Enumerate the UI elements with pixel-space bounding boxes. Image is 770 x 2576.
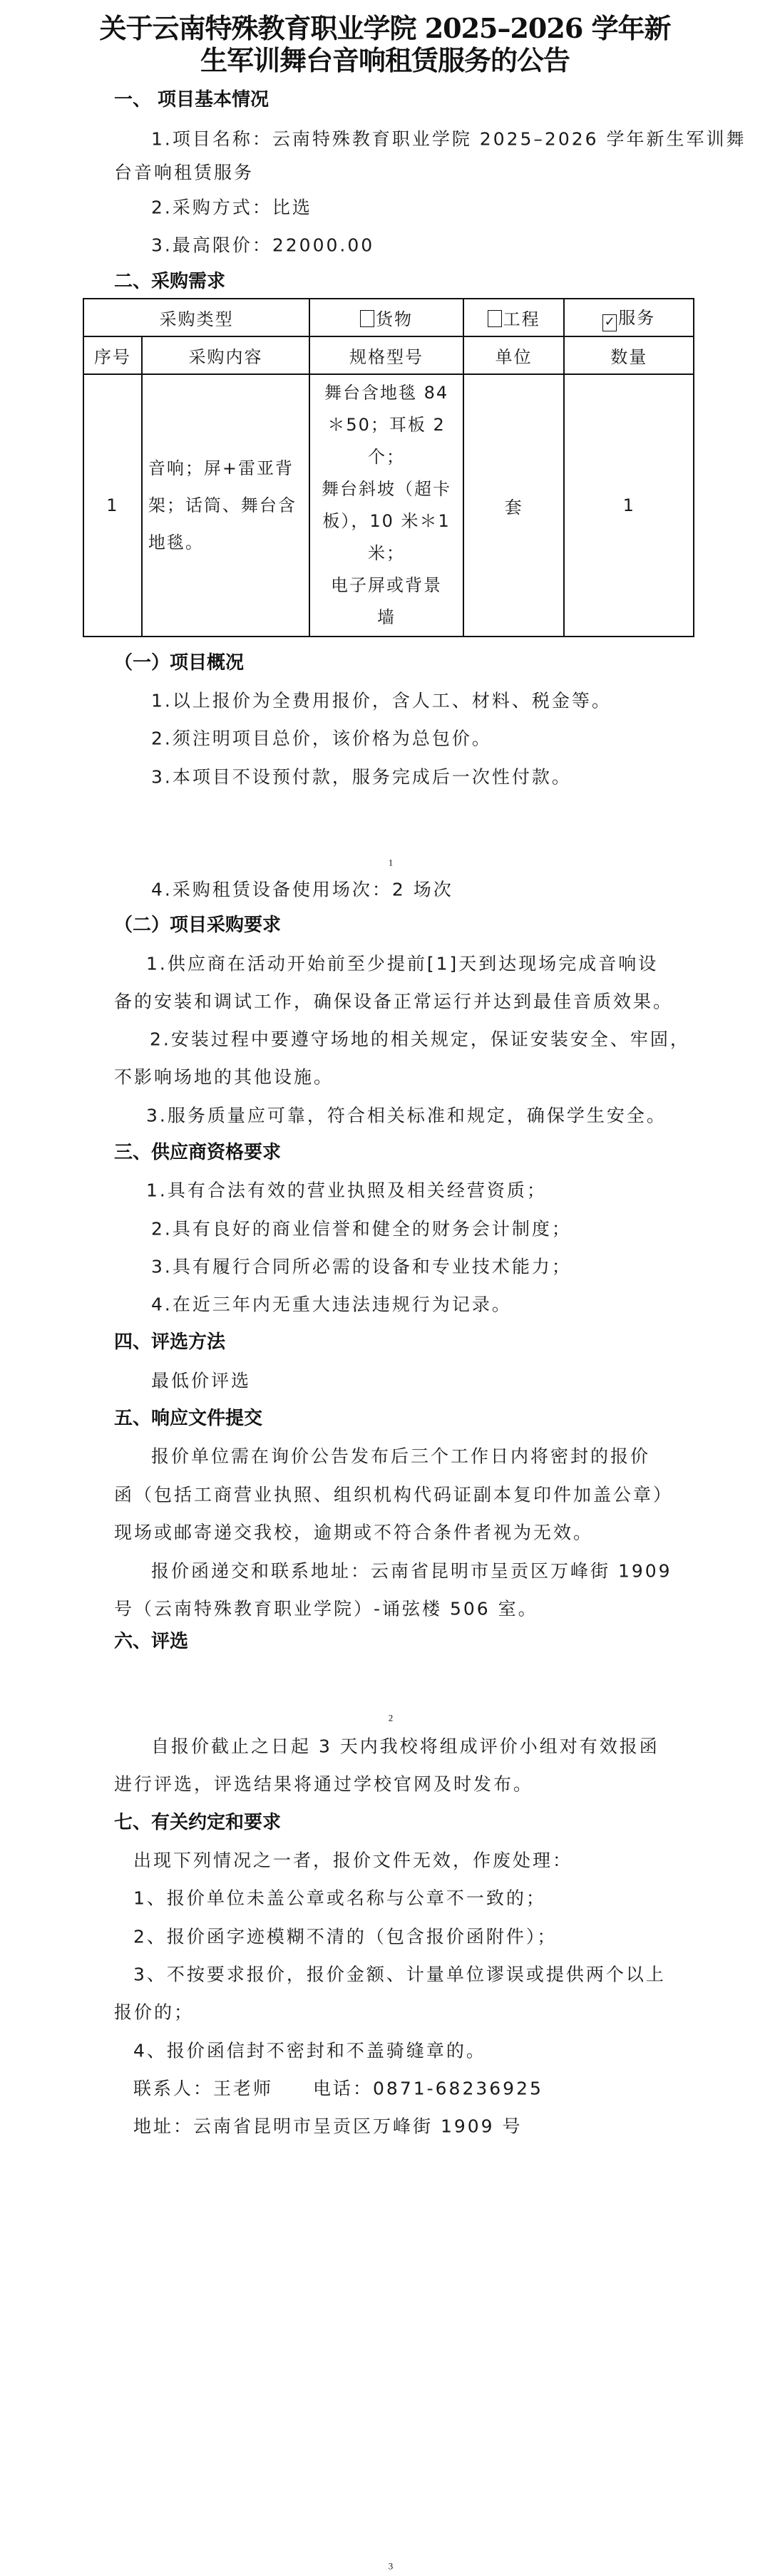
section-heading-supplier-qualifications: 三、供应商资格要求: [114, 1143, 281, 1162]
header-quantity: 数量: [564, 336, 694, 374]
cell-spec: 舞台含地毯 84 ＊50；耳板 2 个； 舞台斜坡（超卡 板），10 米＊1 米…: [309, 374, 463, 637]
procurement-type-row: 采购类型 货物 工程 ✓服务: [83, 299, 694, 336]
qualification-item: 1.具有合法有效的营业执照及相关经营资质；: [146, 1182, 547, 1200]
checkbox-works-icon[interactable]: [488, 310, 502, 327]
procurement-type-label: 采购类型: [83, 299, 309, 336]
project-name-line-2: 台音响租赁服务: [114, 164, 254, 182]
document-title-line-1: 关于云南特殊教育职业学院 2025–2026 学年新: [0, 15, 770, 42]
spec-line: 板），10 米＊1: [313, 505, 460, 537]
page-number-2: 2: [0, 1714, 770, 1723]
terms-line: 2、报价函字迹模糊不清的（包含报价函附件）；: [133, 1928, 557, 1946]
submission-line: 报价函递交和联系地址：云南省昆明市呈贡区万峰街 1909: [151, 1562, 672, 1580]
submission-line: 函（包括工商营业执照、组织机构代码证副本复印件加盖公章）: [114, 1486, 673, 1504]
table-row: 1 音响；屏+雷亚背 架；话筒、舞台含 地毯。 舞台含地毯 84 ＊50；耳板 …: [83, 374, 694, 637]
content-line: 架；话筒、舞台含: [148, 487, 306, 524]
section-heading-terms: 七、有关约定和要求: [114, 1813, 281, 1832]
cell-quantity: 1: [564, 374, 694, 637]
terms-line: 1、报价单位未盖公章或名称与公章不一致的；: [133, 1890, 546, 1907]
spec-line: 舞台斜坡（超卡: [313, 473, 460, 505]
type-works-label: 工程: [503, 309, 540, 329]
header-unit: 单位: [463, 336, 565, 374]
page-number-3: 3: [0, 2562, 770, 2571]
section-heading-basic-info: 一、 项目基本情况: [114, 91, 269, 109]
contact-info: 联系人：王老师 电话：0871-68236925: [133, 2080, 543, 2098]
submission-line: 号（云南特殊教育职业学院）-诵弦楼 506 室。: [114, 1600, 538, 1618]
procurement-method: 2.采购方式：比选: [151, 199, 312, 217]
spec-line: 米；: [313, 537, 460, 570]
content-line: 地毯。: [148, 524, 306, 561]
section-heading-submission: 五、响应文件提交: [114, 1409, 262, 1428]
header-spec: 规格型号: [309, 336, 463, 374]
overview-item-3: 3.本项目不设预付款，服务完成后一次性付款。: [151, 768, 572, 786]
requirement-line: 备的安装和调试工作，确保设备正常运行并达到最佳音质效果。: [114, 993, 673, 1011]
subheading-overview: （一）项目概况: [114, 654, 244, 672]
document-title-line-2: 生军训舞台音响租赁服务的公告: [0, 47, 770, 74]
requirement-line: 2.安装过程中要遵守场地的相关规定，保证安装安全、牢固，: [150, 1031, 690, 1049]
qualification-item: 3.具有履行合同所必需的设备和专业技术能力；: [151, 1258, 572, 1276]
submission-line: 现场或邮寄递交我校，逾期或不符合条件者视为无效。: [114, 1524, 593, 1542]
project-name-line-1: 1.项目名称：云南特殊教育职业学院 2025–2026 学年新生军训舞: [151, 130, 746, 148]
type-goods[interactable]: 货物: [309, 299, 463, 336]
requirement-line: 1.供应商在活动开始前至少提前[1]天到达现场完成音响设: [146, 955, 658, 973]
type-services-label: 服务: [618, 308, 655, 328]
spec-line: 舞台含地毯 84: [313, 377, 460, 409]
section-heading-requirements: 二、采购需求: [114, 272, 225, 291]
evaluation-method-text: 最低价评选: [151, 1372, 251, 1390]
header-index: 序号: [83, 336, 142, 374]
terms-line: 报价的；: [114, 2004, 194, 2021]
overview-item-1: 1.以上报价为全费用报价，含人工、材料、税金等。: [151, 692, 612, 710]
subheading-procurement-requirements: （二）项目采购要求: [114, 916, 281, 934]
terms-line: 4、报价函信封不密封和不盖骑缝章的。: [133, 2042, 486, 2060]
content-line: 音响；屏+雷亚背: [148, 450, 306, 487]
table-header-row: 序号 采购内容 规格型号 单位 数量: [83, 336, 694, 374]
terms-line: 出现下列情况之一者，报价文件无效，作废处理：: [133, 1852, 573, 1870]
page-number-1: 1: [0, 858, 770, 867]
overview-item-2: 2.须注明项目总价，该价格为总包价。: [151, 730, 492, 748]
overview-item-4: 4.采购租赁设备使用场次：2 场次: [151, 881, 453, 899]
procurement-table: 采购类型 货物 工程 ✓服务 序号 采购内容 规格型号 单位 数量 1 音响；屏…: [83, 298, 694, 637]
cell-unit: 套: [463, 374, 565, 637]
checkbox-goods-icon[interactable]: [360, 310, 374, 327]
type-works[interactable]: 工程: [463, 299, 565, 336]
evaluation-line: 自报价截止之日起 3 天内我校将组成评价小组对有效报函: [151, 1738, 659, 1756]
max-price: 3.最高限价：22000.00: [151, 237, 374, 254]
submission-line: 报价单位需在询价公告发布后三个工作日内将密封的报价: [151, 1448, 650, 1465]
section-heading-evaluation-method: 四、评选方法: [114, 1333, 225, 1351]
type-goods-label: 货物: [376, 309, 413, 329]
spec-line: 电子屏或背景: [313, 570, 460, 602]
checkbox-checked-services-icon[interactable]: ✓: [602, 314, 617, 331]
requirement-line: 不影响场地的其他设施。: [114, 1068, 334, 1086]
spec-line: 墙: [313, 602, 460, 634]
evaluation-line: 进行评选，评选结果将通过学校官网及时发布。: [114, 1776, 533, 1793]
requirement-line: 3.服务质量应可靠，符合相关标准和规定，确保学生安全。: [146, 1107, 667, 1125]
spec-line: ＊50；耳板 2 个；: [313, 409, 460, 473]
cell-content: 音响；屏+雷亚背 架；话筒、舞台含 地毯。: [142, 374, 309, 637]
type-services[interactable]: ✓服务: [564, 299, 694, 336]
qualification-item: 2.具有良好的商业信誉和健全的财务会计制度；: [151, 1220, 572, 1238]
qualification-item: 4.在近三年内无重大违法违规行为记录。: [151, 1296, 512, 1314]
cell-index: 1: [83, 374, 142, 637]
terms-line: 3、不按要求报价，报价金额、计量单位谬误或提供两个以上: [133, 1966, 666, 1984]
section-heading-evaluation: 六、评选: [114, 1632, 188, 1651]
address-info: 地址：云南省昆明市呈贡区万峰街 1909 号: [133, 2118, 523, 2135]
header-content: 采购内容: [142, 336, 309, 374]
